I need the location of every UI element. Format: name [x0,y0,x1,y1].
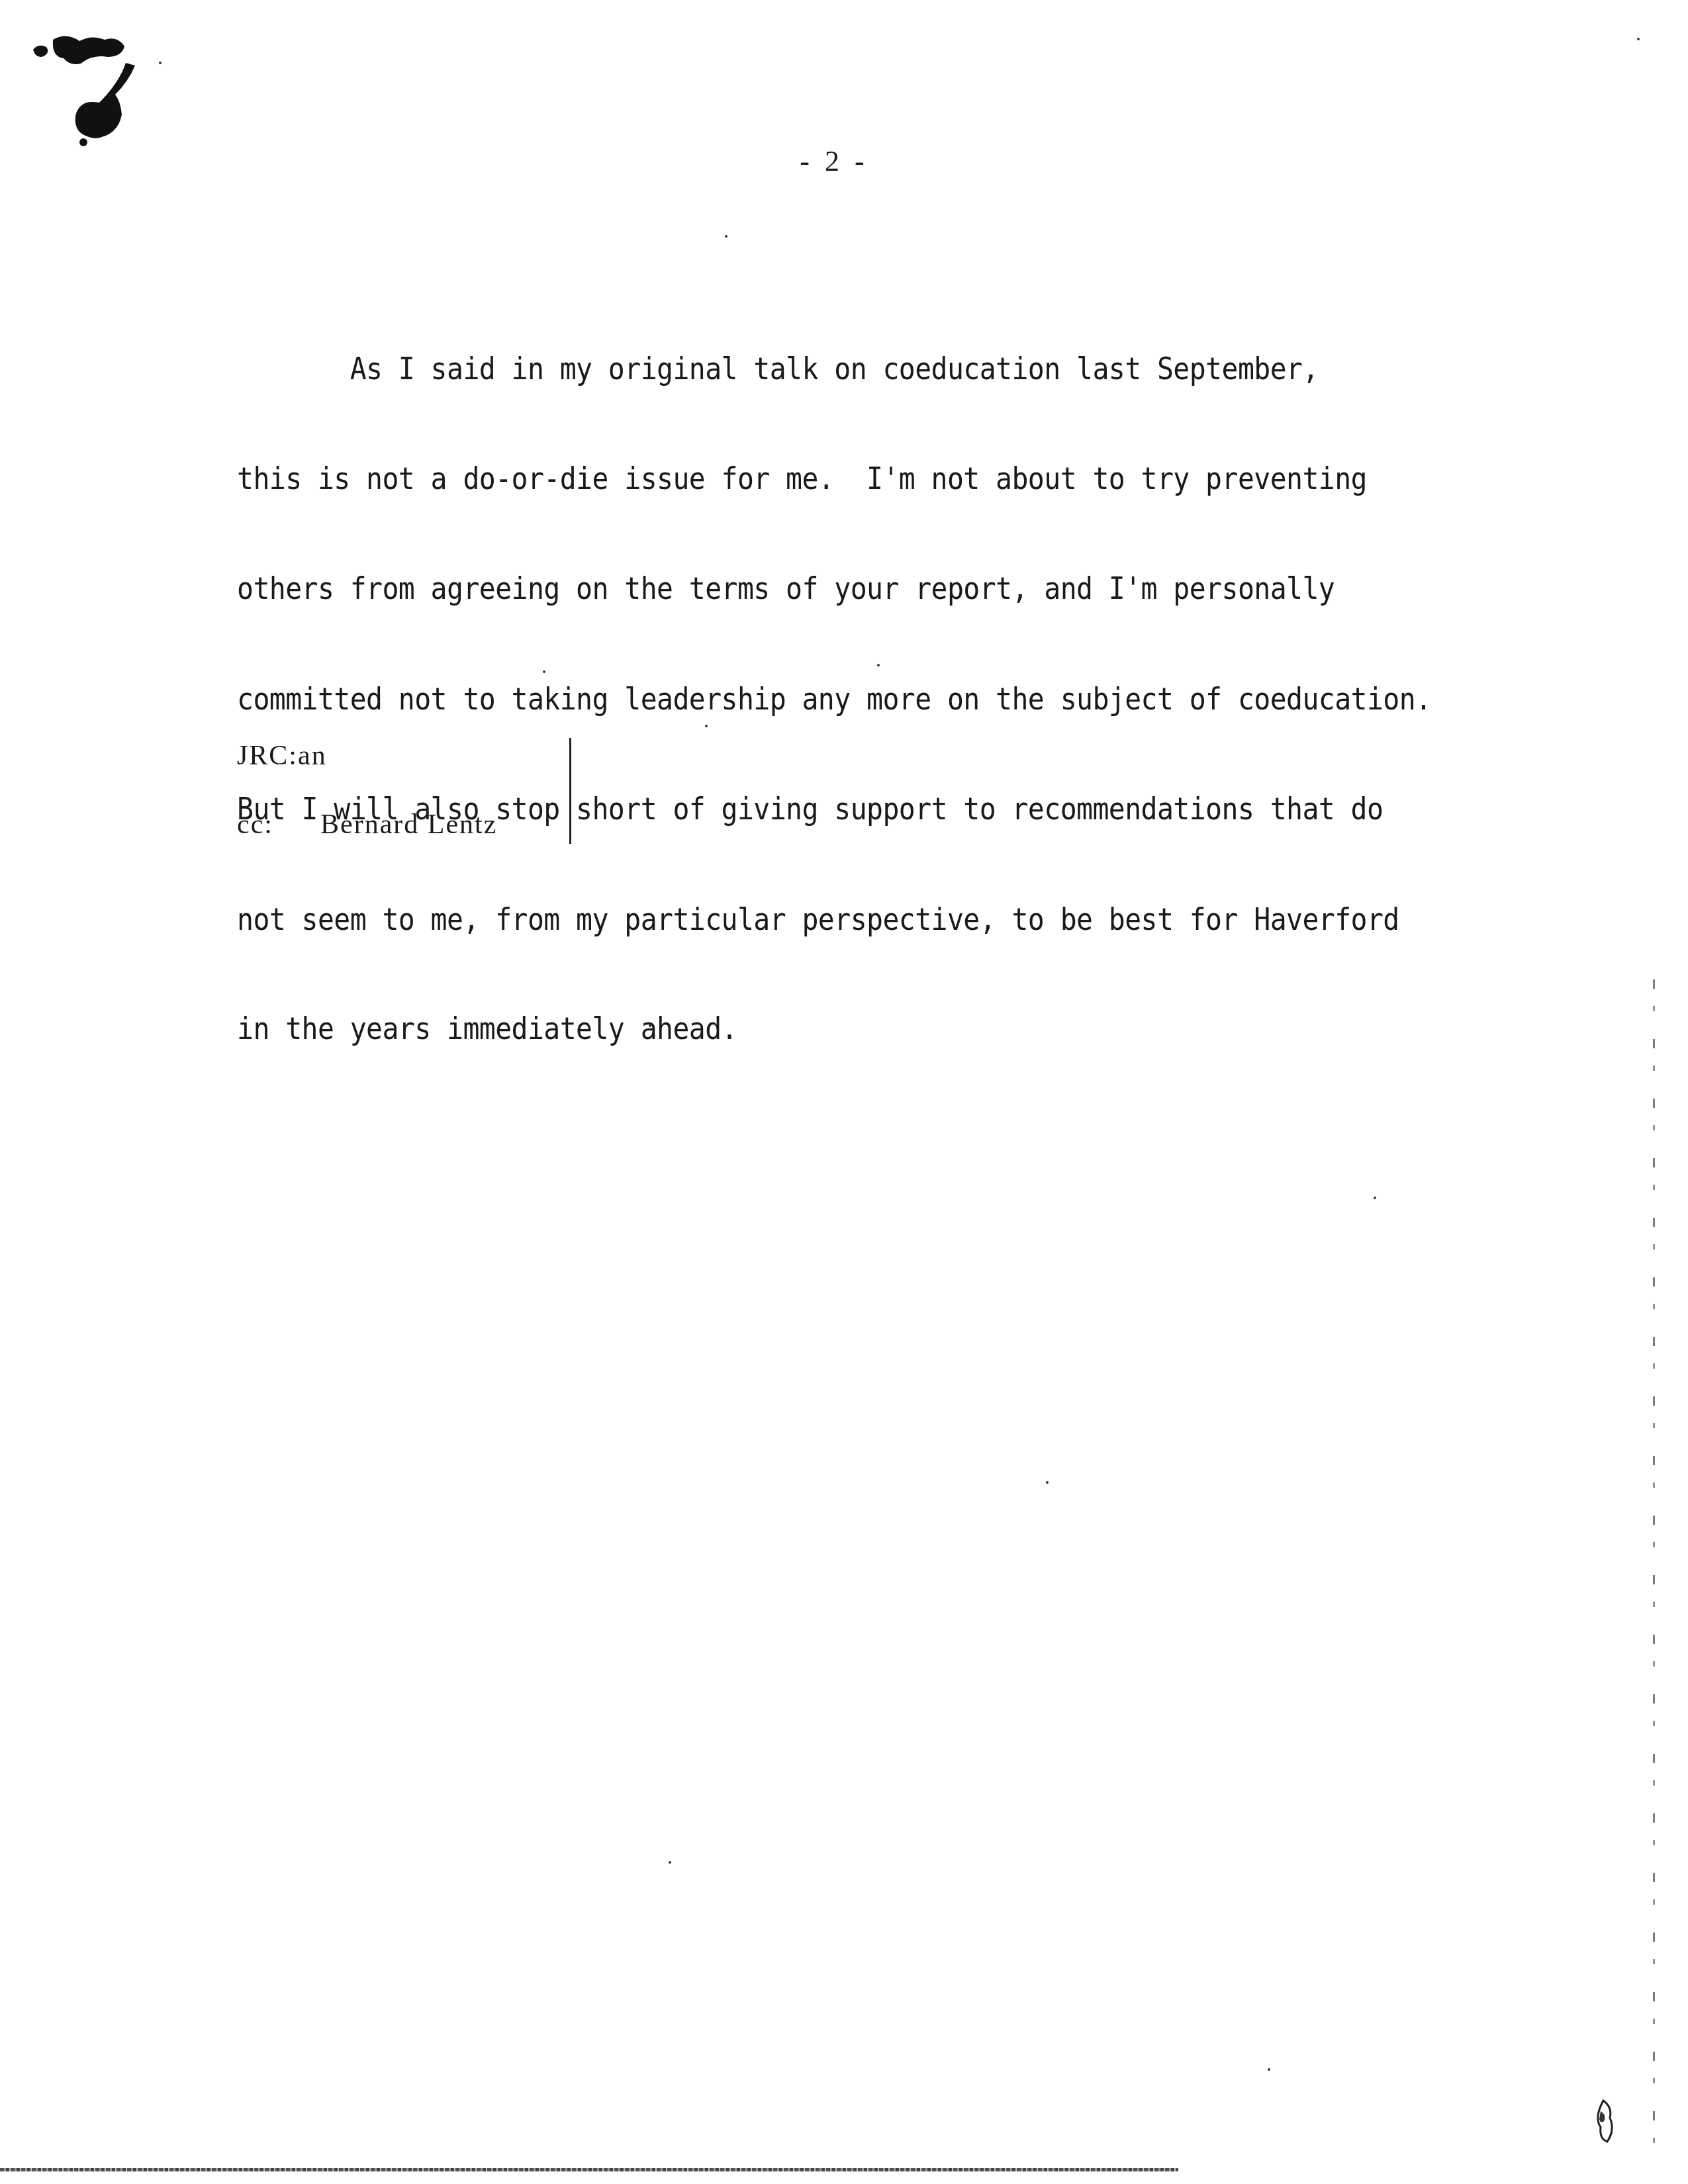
paragraph-line: As I said in my original talk on coeduca… [237,350,1508,387]
reference-initials: JRC:an [237,740,327,772]
scan-edge-artifact [0,2168,1178,2171]
ink-stain-mark [1589,2098,1622,2144]
paragraph-line: this is not a do-or-die issue for me. I'… [237,460,1508,496]
page-number: - 2 - [0,144,1668,178]
speck [725,235,727,238]
speck [1046,1481,1049,1484]
scan-edge-artifact [1653,979,1655,2171]
ink-stain-mark [26,30,159,149]
cc-line: cc:Bernard Lentz [237,809,497,841]
body-paragraph: As I said in my original talk on coeduca… [237,277,1508,1084]
speck [1374,1197,1376,1199]
paragraph-line: committed not to taking leadership any m… [237,680,1508,717]
paragraph-line: others from agreeing on the terms of you… [237,570,1508,607]
speck [1637,38,1640,40]
margin-rule-line [569,738,571,844]
speck [669,1861,671,1864]
paragraph-line: in the years immediately ahead. [237,1011,1508,1047]
speck [1268,2068,1270,2071]
paragraph-line: not seem to me, from my particular persp… [237,900,1508,936]
speck [159,62,162,64]
cc-label: cc: [237,809,320,841]
cc-recipient: Bernard Lentz [320,809,497,840]
